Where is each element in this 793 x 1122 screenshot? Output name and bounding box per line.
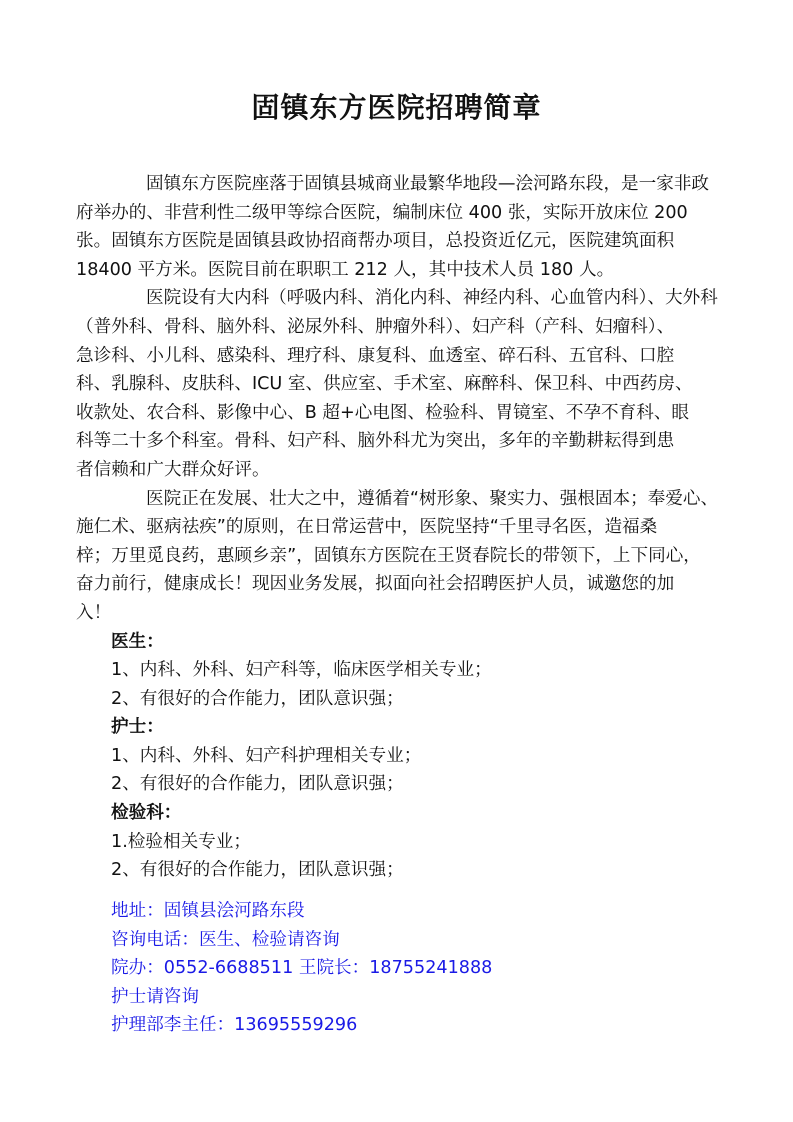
- text-line: 者信赖和广大群众好评。: [76, 456, 718, 485]
- requirement-nurse: 护士： 1、内科、外科、妇产科护理相关专业； 2、有很好的合作能力，团队意识强；: [76, 713, 718, 799]
- document-page: 固镇东方医院招聘简章 固镇东方医院座落于固镇县城商业最繁华地段—浍河路东段，是一…: [0, 0, 793, 1122]
- requirement-item: 1、内科、外科、妇产科护理相关专业；: [111, 742, 718, 771]
- requirement-heading: 检验科：: [111, 799, 718, 828]
- text-line: 医院正在发展、壮大之中，遵循着“树形象、聚实力、强根固本；奉爱心、: [76, 485, 718, 514]
- requirement-heading: 护士：: [111, 713, 718, 742]
- text-line: 府举办的、非营利性二级甲等综合医院，编制床位 400 张，实际开放床位 200: [76, 199, 718, 228]
- text-line: 科等二十多个科室。骨科、妇产科、脑外科尤为突出，多年的辛勤耕耘得到患: [76, 427, 718, 456]
- requirement-item: 2、有很好的合作能力，团队意识强；: [111, 770, 718, 799]
- page-title: 固镇东方医院招聘简章: [0, 86, 793, 126]
- contact-phone-nursing: 护理部李主任：13695559296: [111, 1011, 492, 1040]
- contact-info: 地址：固镇县浍河路东段 咨询电话：医生、检验请咨询 院办：0552-668851…: [111, 897, 492, 1040]
- text-line: 急诊科、小儿科、感染科、理疗科、康复科、血透室、碎石科、五官科、口腔: [76, 342, 718, 371]
- text-line: 奋力前行，健康成长！现因业务发展，拟面向社会招聘医护人员，诚邀您的加: [76, 570, 718, 599]
- contact-phone-office: 院办：0552-6688511 王院长：18755241888: [111, 954, 492, 983]
- requirement-lab: 检验科： 1.检验相关专业； 2、有很好的合作能力，团队意识强；: [76, 799, 718, 885]
- requirement-heading: 医生：: [111, 628, 718, 657]
- text-line: 收款处、农合科、影像中心、B 超+心电图、检验科、胃镜室、不孕不育科、眼: [76, 399, 718, 428]
- contact-nurse-label: 护士请咨询: [111, 983, 492, 1012]
- text-line: 科、乳腺科、皮肤科、ICU 室、供应室、手术室、麻醉科、保卫科、中西药房、: [76, 370, 718, 399]
- departments-paragraph: 医院设有大内科（呼吸内科、消化内科、神经内科、心血管内科）、大外科 （普外科、骨…: [76, 284, 718, 484]
- text-line: 梓；万里觅良药，惠顾乡亲”，固镇东方医院在王贤春院长的带领下，上下同心，: [76, 542, 718, 571]
- text-line: 18400 平方米。医院目前在职职工 212 人，其中技术人员 180 人。: [76, 256, 718, 285]
- text-line: 张。固镇东方医院是固镇县政协招商帮办项目，总投资近亿元，医院建筑面积: [76, 227, 718, 256]
- mission-paragraph: 医院正在发展、壮大之中，遵循着“树形象、聚实力、强根固本；奉爱心、 施仁术、驱病…: [76, 485, 718, 628]
- text-line: 入！: [76, 599, 718, 628]
- requirement-item: 1、内科、外科、妇产科等，临床医学相关专业；: [111, 656, 718, 685]
- document-body: 固镇东方医院座落于固镇县城商业最繁华地段—浍河路东段，是一家非政 府举办的、非营…: [76, 170, 718, 885]
- contact-address: 地址：固镇县浍河路东段: [111, 897, 492, 926]
- requirement-doctor: 医生： 1、内科、外科、妇产科等，临床医学相关专业； 2、有很好的合作能力，团队…: [76, 628, 718, 714]
- text-line: （普外科、骨科、脑外科、泌尿外科、肿瘤外科）、妇产科（产科、妇瘤科）、: [76, 313, 718, 342]
- requirement-item: 1.检验相关专业；: [111, 828, 718, 857]
- requirement-item: 2、有很好的合作能力，团队意识强；: [111, 856, 718, 885]
- contact-consult-label: 咨询电话：医生、检验请咨询: [111, 926, 492, 955]
- intro-paragraph: 固镇东方医院座落于固镇县城商业最繁华地段—浍河路东段，是一家非政 府举办的、非营…: [76, 170, 718, 284]
- requirement-item: 2、有很好的合作能力，团队意识强；: [111, 685, 718, 714]
- text-line: 施仁术、驱病祛疾”的原则，在日常运营中，医院坚持“千里寻名医，造福桑: [76, 513, 718, 542]
- text-line: 固镇东方医院座落于固镇县城商业最繁华地段—浍河路东段，是一家非政: [76, 170, 718, 199]
- text-line: 医院设有大内科（呼吸内科、消化内科、神经内科、心血管内科）、大外科: [76, 284, 718, 313]
